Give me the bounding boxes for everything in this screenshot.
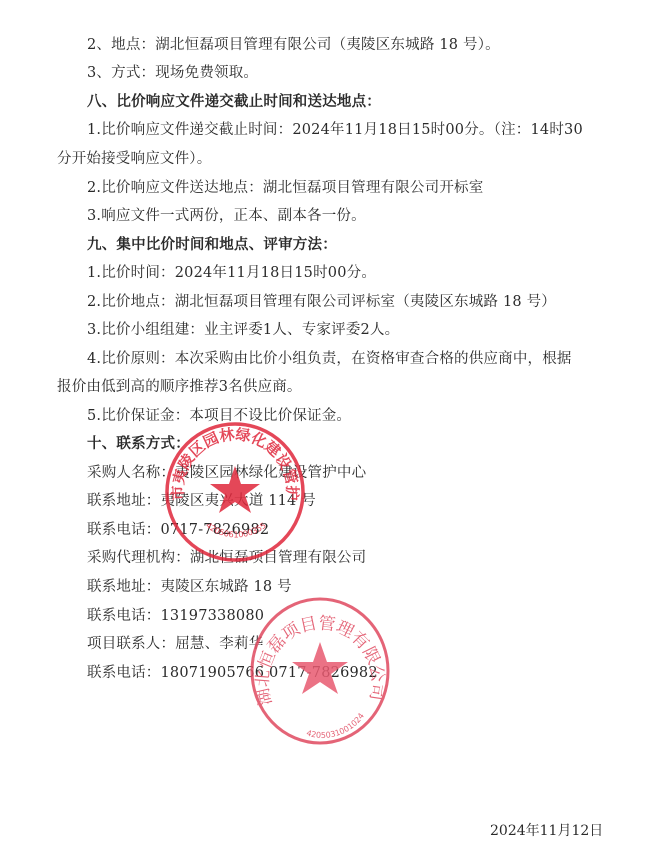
section-heading-10: 十、联系方式： [87,434,190,454]
svg-text:4205031001024: 4205031001024 [305,711,366,740]
text-line: 联系地址：夷陵区东城路 18 号 [87,577,292,597]
text-line: 分开始接受响应文件）。 [57,149,211,169]
text-line: 3.响应文件一式两份，正本、副本各一份。 [87,206,366,226]
text-line: 3、方式：现场免费领取。 [87,63,258,83]
text-line: 联系电话：13197338080 [87,606,264,626]
text-line: 1.比价响应文件递交截止时间：2024年11月18日15时00分。（注：14时3… [87,120,583,140]
text-line: 联系地址：夷陵区夷兴大道 114 号 [87,491,316,511]
text-line: 报价由低到高的顺序推荐3名供应商。 [57,377,302,397]
section-heading-8: 八、比价响应文件递交截止时间和送达地点： [87,92,381,112]
text-line: 3.比价小组组建：业主评委1人、专家评委2人。 [87,320,399,340]
document-date: 2024年11月12日 [490,820,603,840]
text-line: 2.比价响应文件送达地点：湖北恒磊项目管理有限公司开标室 [87,178,483,198]
text-line: 项目联系人：屈慧、李莉华 [87,634,263,654]
text-line: 2、地点：湖北恒磊项目管理有限公司（夷陵区东城路 18 号）。 [87,35,500,55]
text-line: 1.比价时间：2024年11月18日15时00分。 [87,263,376,283]
text-line: 联系电话：18071905766 0717-7826982 [87,663,378,683]
svg-text:宜昌市夷陵区园林绿化建设管护中心: 宜昌市夷陵区园林绿化建设管护中心 [163,420,301,501]
text-line: 5.比价保证金：本项目不设比价保证金。 [87,406,351,426]
text-line: 联系电话：0717-7826982 [87,520,269,540]
text-line: 4.比价原则：本次采购由比价小组负责，在资格审查合格的供应商中，根据 [87,349,572,369]
section-heading-9: 九、集中比价时间和地点、评审方法： [87,235,337,255]
text-line: 采购代理机构：湖北恒磊项目管理有限公司 [87,548,366,568]
svg-text:湖北恒磊项目管理有限公司: 湖北恒磊项目管理有限公司 [253,613,388,707]
text-line: 采购人名称：夷陵区园林绿化建设管护中心 [87,463,366,483]
text-line: 2.比价地点：湖北恒磊项目管理有限公司评标室（夷陵区东城路 18 号） [87,292,556,312]
